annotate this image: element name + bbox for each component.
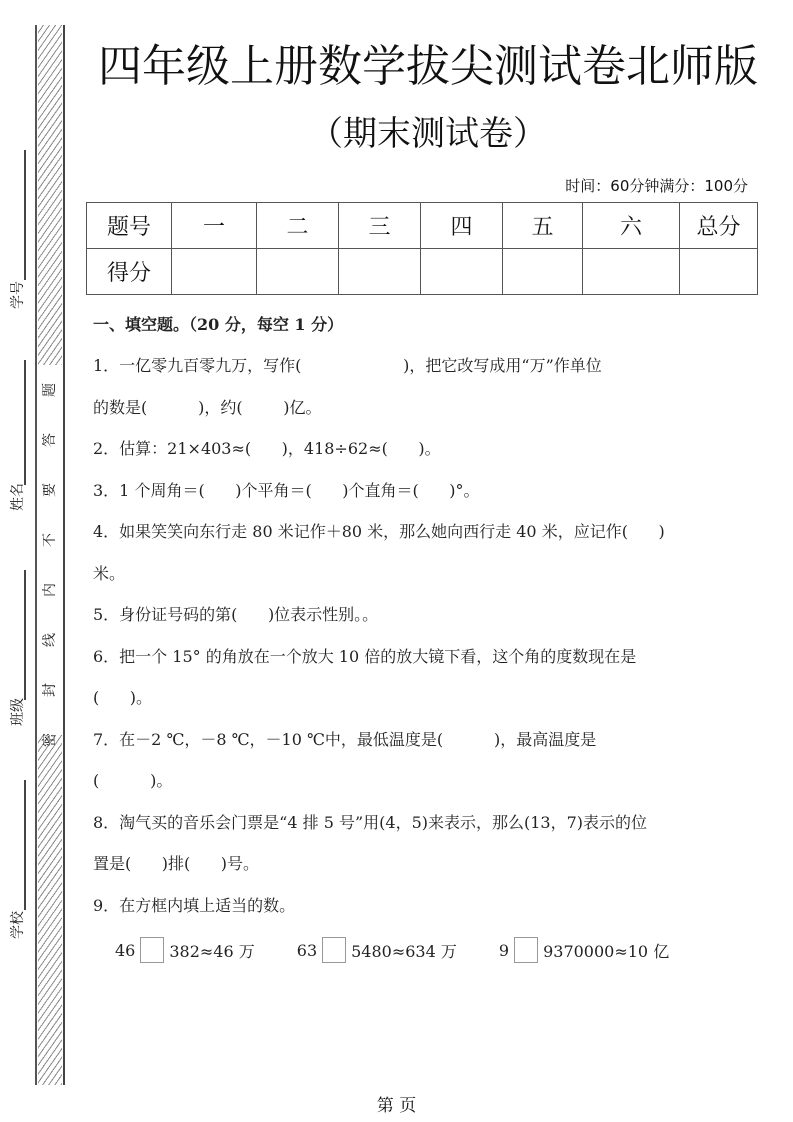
student-id-line[interactable] [24, 150, 26, 280]
header-cell: 六 [583, 203, 680, 249]
q9-suffix: 382≈46 万 [169, 939, 254, 962]
header-cell: 三 [339, 203, 421, 249]
header-cell: 五 [503, 203, 583, 249]
exam-meta: 时间：60分钟满分：100分 [565, 175, 748, 196]
question-line: 4．如果笑笑向东行走 80 米记作＋80 米，那么她向西行走 40 米，应记作(… [93, 520, 753, 562]
answer-box[interactable] [322, 937, 346, 963]
score-cell[interactable] [257, 249, 339, 295]
score-cell[interactable] [421, 249, 503, 295]
q9-item: 63 5480≈634 万 [297, 937, 457, 963]
q9-item: 46 382≈46 万 [115, 937, 255, 963]
q9-answer-row: 46 382≈46 万 63 5480≈634 万 9 9370000≈10 亿 [115, 935, 753, 965]
question-line: 9．在方框内填上适当的数。 [93, 894, 753, 936]
student-name-label: 姓名 [7, 489, 27, 511]
question-line: 2．估算：21×403≈( )，418÷62≈( )。 [93, 437, 753, 479]
score-table: 题号 一 二 三 四 五 六 总分 得分 [86, 202, 758, 295]
q9-suffix: 5480≈634 万 [351, 939, 457, 962]
header-cell: 二 [257, 203, 339, 249]
section-fill-in-blanks: 一、填空题。（20 分，每空 1 分） 1．一亿零九百零九万，写作( )，把它改… [93, 312, 753, 965]
class-label: 班级 [7, 704, 27, 726]
answer-box[interactable] [140, 937, 164, 963]
seal-char: 封 [25, 683, 75, 697]
score-cell[interactable] [172, 249, 257, 295]
school-line[interactable] [24, 780, 26, 910]
question-line: 的数是( )，约( )亿。 [93, 396, 753, 438]
page-title: 四年级上册数学拔尖测试卷北师版 [88, 30, 768, 94]
score-cell[interactable] [583, 249, 680, 295]
q9-prefix: 9 [499, 941, 509, 960]
hatch-pattern-bottom [38, 735, 62, 1085]
header-cell: 四 [421, 203, 503, 249]
section-title: 一、填空题。（20 分，每空 1 分） [93, 312, 753, 336]
class-line[interactable] [24, 570, 26, 700]
seal-char: 答 [25, 433, 75, 447]
score-cell[interactable] [680, 249, 758, 295]
q9-prefix: 63 [297, 941, 317, 960]
q9-suffix: 9370000≈10 亿 [543, 939, 669, 962]
score-table-header-row: 题号 一 二 三 四 五 六 总分 [87, 203, 758, 249]
question-line: ( )。 [93, 769, 753, 811]
school-label: 学校 [7, 917, 27, 939]
score-cell[interactable] [339, 249, 421, 295]
student-id-label: 学号 [7, 287, 27, 309]
question-line: 米。 [93, 562, 753, 604]
question-line: 1．一亿零九百零九万，写作( )，把它改写成用“万”作单位 [93, 354, 753, 396]
seal-char: 内 [25, 583, 75, 597]
answer-box[interactable] [514, 937, 538, 963]
q9-prefix: 46 [115, 941, 135, 960]
header-cell: 题号 [87, 203, 172, 249]
question-line: 6．把一个 15° 的角放在一个放大 10 倍的放大镜下看，这个角的度数现在是 [93, 645, 753, 687]
question-line: ( )。 [93, 686, 753, 728]
seal-char: 题 [25, 383, 75, 397]
seal-text: 题 答 要 不 内 线 封 密 [38, 365, 62, 765]
seal-char: 要 [25, 483, 75, 497]
question-line: 7．在－2 ℃，－8 ℃，－10 ℃中，最低温度是( )，最高温度是 [93, 728, 753, 770]
page-subtitle: （期末测试卷） [88, 106, 768, 155]
seal-char: 不 [25, 533, 75, 547]
question-line: 置是( )排( )号。 [93, 852, 753, 894]
question-line: 5．身份证号码的第( )位表示性别。。 [93, 603, 753, 645]
seal-char: 密 [25, 733, 75, 747]
score-table-score-row: 得分 [87, 249, 758, 295]
page-number: 第 页 [0, 1091, 793, 1116]
header-cell: 总分 [680, 203, 758, 249]
score-cell[interactable] [503, 249, 583, 295]
score-row-label: 得分 [87, 249, 172, 295]
seal-char: 线 [25, 633, 75, 647]
header-cell: 一 [172, 203, 257, 249]
question-line: 3．1 个周角＝( )个平角＝( )个直角＝( )°。 [93, 479, 753, 521]
binding-line-left [35, 25, 37, 1085]
q9-item: 9 9370000≈10 亿 [499, 937, 669, 963]
hatch-pattern-top [38, 25, 62, 365]
question-line: 8．淘气买的音乐会门票是“4 排 5 号”用(4，5)来表示，那么(13，7)表… [93, 811, 753, 853]
student-name-line[interactable] [24, 360, 26, 485]
binding-line-right [63, 25, 65, 1085]
